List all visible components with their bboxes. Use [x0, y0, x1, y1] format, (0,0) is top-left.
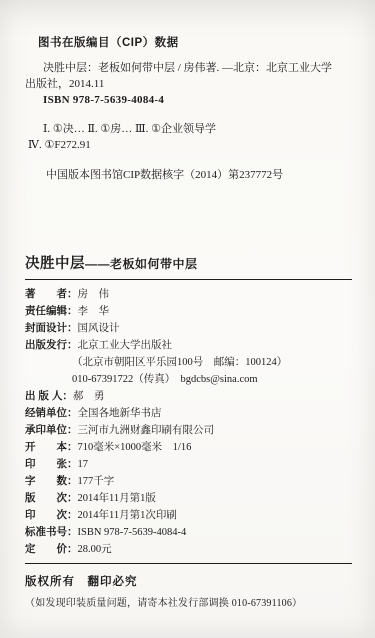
colophon-row-value: 2014年11月第1版 — [78, 490, 156, 507]
colophon-row-label: 字 数： — [25, 473, 78, 490]
colophon-row-value: 北京工业大学出版社 — [78, 337, 173, 354]
colophon-row: 出版发行： 北京工业大学出版社 — [25, 337, 355, 354]
colophon-row-label: 著 者： — [25, 286, 78, 303]
colophon-row-label — [25, 371, 72, 388]
colophon-row-label: 定 价： — [25, 541, 78, 558]
colophon-row-value: ISBN 978-7-5639-4084-4 — [78, 524, 187, 541]
copyright-notice: 版权所有 翻印必究 — [25, 573, 355, 589]
colophon-row: 经销单位： 全国各地新华书店 — [25, 405, 355, 422]
colophon-row: 开 本： 710毫米×1000毫米 1/16 — [25, 439, 355, 456]
book-title-subtitle: ——老板如何带中层 — [85, 257, 198, 271]
book-title: 决胜中层——老板如何带中层 — [25, 252, 355, 273]
colophon-row: 定 价： 28.00元 — [25, 541, 355, 558]
cip-isbn: ISBN 978-7-5639-4084-4 — [25, 92, 355, 108]
colophon-row: 标准书号： ISBN 978-7-5639-4084-4 — [25, 524, 355, 541]
colophon-row-label: 经销单位： — [25, 405, 78, 422]
colophon-row-label: 印 张： — [25, 456, 78, 473]
colophon-row: 责任编辑： 李 华 — [25, 303, 355, 320]
colophon-row: 印 次： 2014年11月第1次印刷 — [25, 507, 355, 524]
quality-note: （如发现印装质量问题，请寄本社发行部调换 010-67391106） — [25, 594, 355, 609]
footer-divider — [25, 563, 352, 564]
cip-classification: Ⅰ. ①决… Ⅱ. ①房… Ⅲ. ①企业领导学 Ⅳ. ①F272.91 — [25, 121, 355, 153]
cip-description-line2: 出版社，2014.11 — [25, 76, 355, 92]
title-divider — [25, 279, 352, 280]
colophon-row-value: 2014年11月第1次印刷 — [78, 507, 177, 524]
colophon-row-label: 出 版 人： — [25, 388, 73, 405]
colophon-row-label: 印 次： — [25, 507, 78, 524]
colophon-row: 封面设计： 国风设计 — [25, 320, 355, 337]
colophon-row-label: 责任编辑： — [25, 303, 78, 320]
book-title-main: 决胜中层 — [25, 256, 85, 272]
cip-header: 图书在版编目（CIP）数据 — [38, 34, 355, 50]
colophon-row-label: 出版发行： — [25, 337, 78, 354]
colophon-row-value: 177千字 — [78, 473, 115, 490]
colophon-row: 印 张： 17 — [25, 456, 355, 473]
cip-description: 决胜中层：老板如何带中层 / 房伟著. —北京：北京工业大学 出版社，2014.… — [25, 60, 355, 108]
colophon-row-value: 郝 勇 — [73, 388, 105, 405]
colophon-row-value: 房 伟 — [78, 286, 110, 303]
colophon-row: 010-67391722（传真） bgdcbs@sina.com — [25, 371, 355, 388]
colophon-row-label: 封面设计： — [25, 320, 78, 337]
colophon-row-value: 28.00元 — [78, 541, 112, 558]
cip-classification-line2: Ⅳ. ①F272.91 — [25, 137, 355, 153]
colophon-row: 版 次： 2014年11月第1版 — [25, 490, 355, 507]
colophon-row-label: 版 次： — [25, 490, 78, 507]
colophon: 著 者： 房 伟 责任编辑： 李 华 封面设计： 国风设计 出版发行： 北京工业… — [25, 286, 355, 558]
cip-registry-number: 中国版本图书馆CIP数据核字（2014）第237772号 — [25, 166, 355, 182]
colophon-row: （北京市朝阳区平乐园100号 邮编：100124） — [25, 354, 355, 371]
colophon-row: 著 者： 房 伟 — [25, 286, 355, 303]
colophon-row-value: 李 华 — [78, 303, 110, 320]
colophon-row-value: 国风设计 — [78, 320, 120, 337]
colophon-row-value: （北京市朝阳区平乐园100号 邮编：100124） — [72, 354, 287, 371]
colophon-row-value: 710毫米×1000毫米 1/16 — [78, 439, 192, 456]
colophon-row-value: 010-67391722（传真） bgdcbs@sina.com — [72, 371, 258, 388]
copyright-page: 图书在版编目（CIP）数据 决胜中层：老板如何带中层 / 房伟著. —北京：北京… — [0, 0, 375, 638]
colophon-row-label — [25, 354, 72, 371]
colophon-row: 承印单位： 三河市九洲财鑫印刷有限公司 — [25, 422, 355, 439]
colophon-row-value: 全国各地新华书店 — [78, 405, 162, 422]
cip-description-line1: 决胜中层：老板如何带中层 / 房伟著. —北京：北京工业大学 — [25, 60, 355, 76]
cip-classification-line1: Ⅰ. ①决… Ⅱ. ①房… Ⅲ. ①企业领导学 — [25, 121, 355, 137]
colophon-row: 字 数： 177千字 — [25, 473, 355, 490]
colophon-row-label: 承印单位： — [25, 422, 78, 439]
colophon-row-label: 开 本： — [25, 439, 78, 456]
colophon-row-value: 三河市九洲财鑫印刷有限公司 — [78, 422, 215, 439]
colophon-row: 出 版 人： 郝 勇 — [25, 388, 355, 405]
page-content: 图书在版编目（CIP）数据 决胜中层：老板如何带中层 / 房伟著. —北京：北京… — [0, 34, 375, 609]
colophon-row-label: 标准书号： — [25, 524, 78, 541]
colophon-row-value: 17 — [78, 456, 89, 473]
